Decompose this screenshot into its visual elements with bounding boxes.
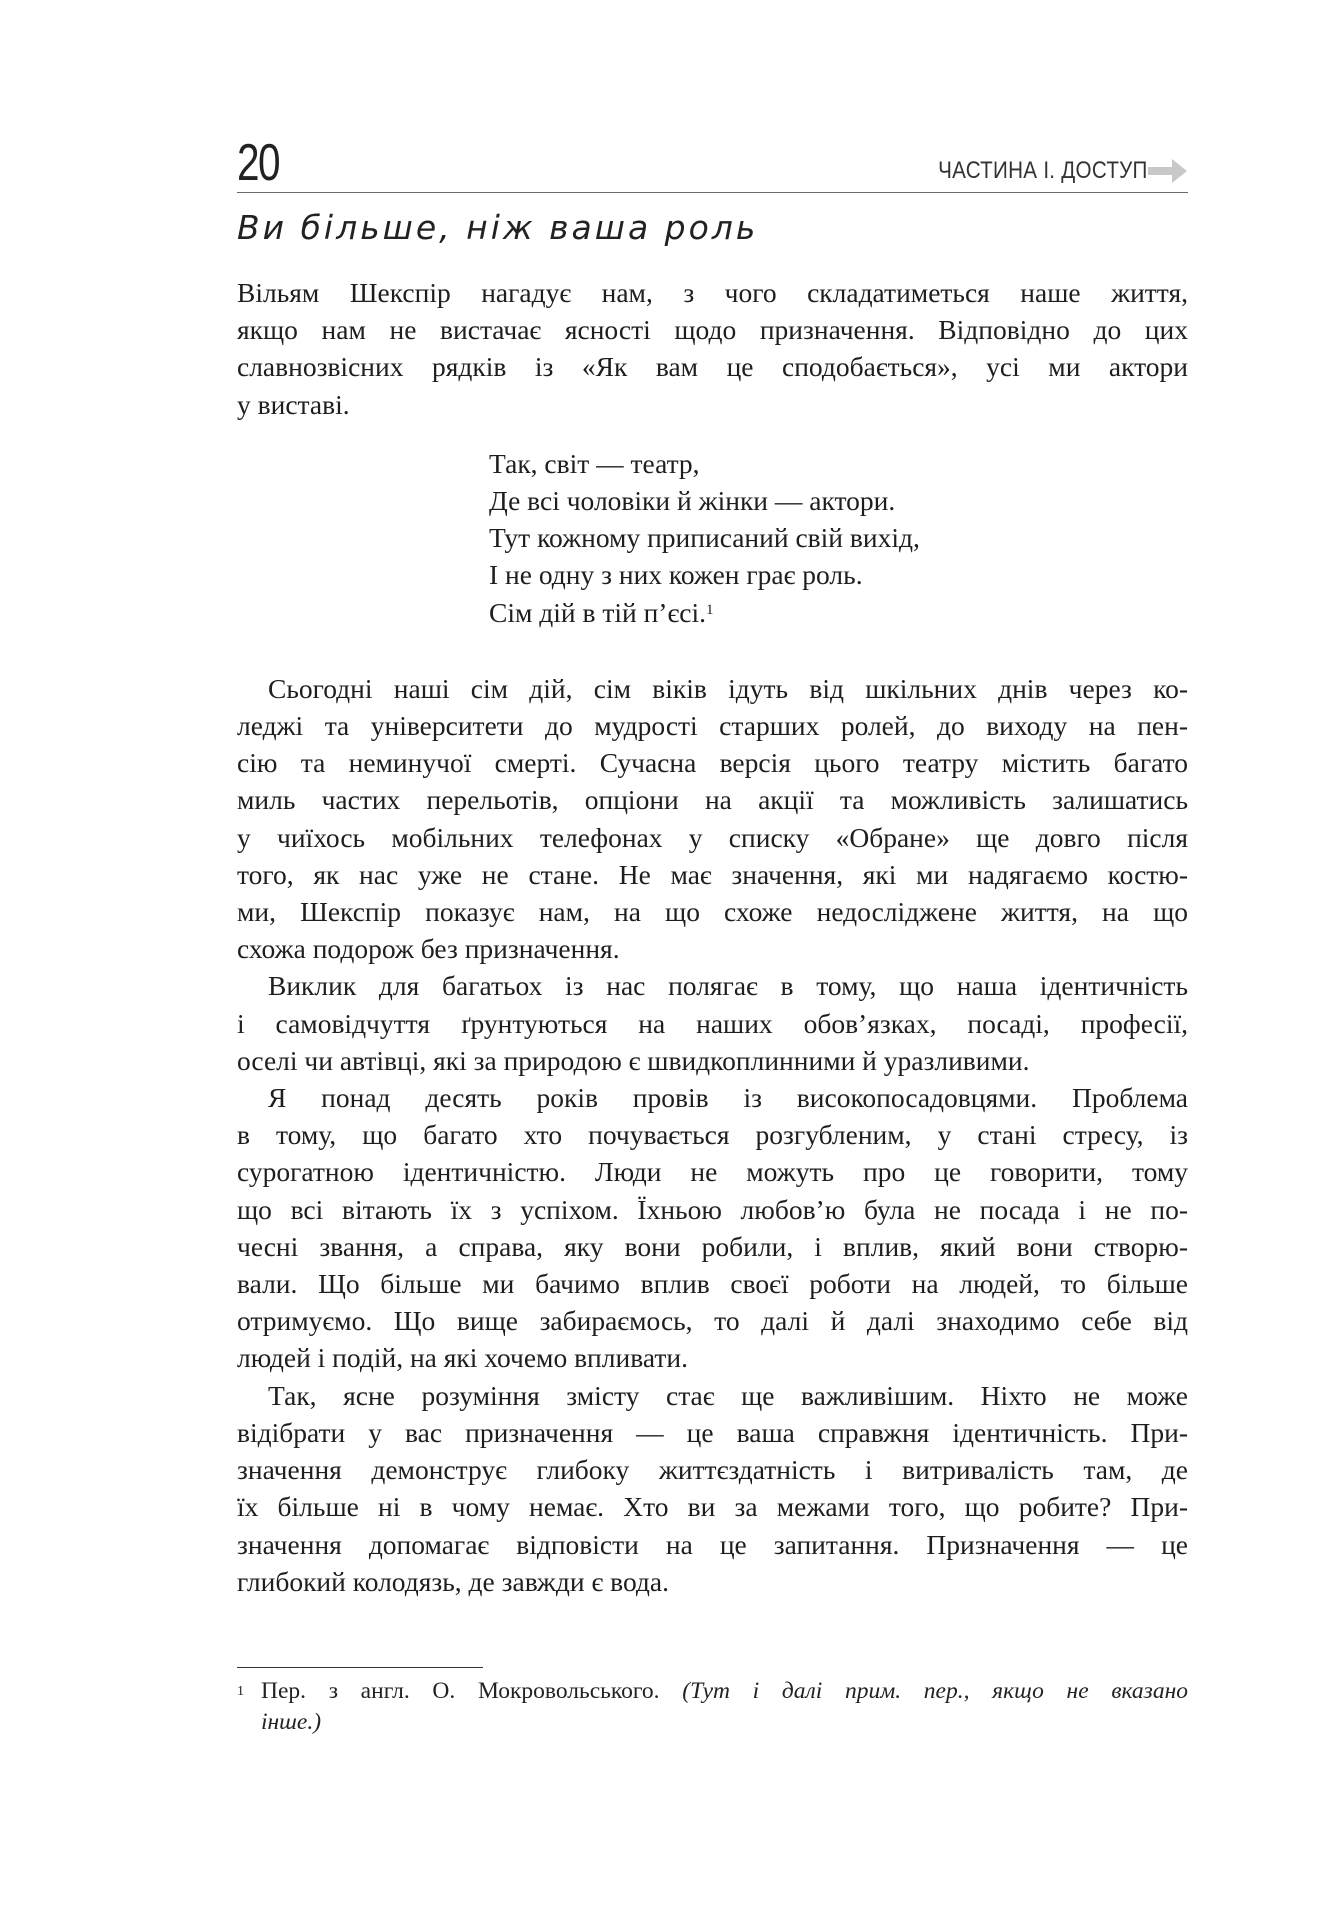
- footnote-regular: Пер. з англ. О. Мокровольського.: [261, 1678, 682, 1704]
- text-line: миль частих перельотів, опціони на акції…: [237, 781, 1188, 818]
- page-number: 20: [237, 136, 279, 190]
- intro-paragraph: Вільям Шекспір нагадує нам, з чого склад…: [237, 274, 1188, 423]
- paragraph: Сьогодні наші сім дій, сім віків ідуть в…: [237, 670, 1188, 968]
- text-line: і самовідчуття ґрунтуються на наших обов…: [237, 1005, 1188, 1042]
- footnote-line: Пер. з англ. О. Мокровольського. (Тут і …: [261, 1676, 1188, 1707]
- text-line: їх більше ні в чому немає. Хто ви за меж…: [237, 1488, 1188, 1525]
- text-line: Сьогодні наші сім дій, сім віків ідуть в…: [237, 670, 1188, 707]
- text-line: людей і подій, на які хочемо впливати.: [237, 1339, 1188, 1376]
- footnote: 1 Пер. з англ. О. Мокровольського. (Тут …: [237, 1676, 1188, 1738]
- footnote-reference[interactable]: 1: [706, 602, 714, 618]
- verse-line: Тут кожному приписаний свій вихід,: [489, 519, 1188, 556]
- text-line: відібрати у вас призначення — це ваша сп…: [237, 1414, 1188, 1451]
- verse-line-text: Сім дій в тій п’єсі.: [489, 597, 706, 628]
- text-line: ми, Шекспір показує нам, на що схоже нед…: [237, 893, 1188, 930]
- footnote-divider: [237, 1667, 483, 1668]
- text-line: значення демонструє глибоку життєздатніс…: [237, 1451, 1188, 1488]
- text-line: що всі вітають їх з успіхом. Їхньою любо…: [237, 1191, 1188, 1228]
- body-text: Вільям Шекспір нагадує нам, з чого склад…: [237, 274, 1188, 1600]
- footnote-number: 1: [237, 1676, 244, 1707]
- text-line: глибокий колодязь, де завжди є вода.: [237, 1563, 1188, 1600]
- text-line: Я понад десять років провів із високопос…: [237, 1079, 1188, 1116]
- verse-line: Сім дій в тій п’єсі.1: [489, 594, 1188, 631]
- text-line: Так, ясне розуміння змісту стає ще важли…: [237, 1377, 1188, 1414]
- running-head: 20 ЧАСТИНА І. ДОСТУП: [237, 136, 1188, 193]
- text-line: у чиїхось мобільних телефонах у списку «…: [237, 819, 1188, 856]
- text-line: якщо нам не вистачає ясності щодо призна…: [237, 311, 1188, 348]
- footnote-line: інше.): [261, 1707, 1188, 1738]
- text-line: леджі та університети до мудрості старши…: [237, 707, 1188, 744]
- paragraph: Я понад десять років провів із високопос…: [237, 1079, 1188, 1377]
- text-line: оселі чи автівці, які за природою є швид…: [237, 1042, 1188, 1079]
- text-line: славнозвісних рядків із «Як вам це сподо…: [237, 348, 1188, 385]
- paragraph: Так, ясне розуміння змісту стає ще важли…: [237, 1377, 1188, 1600]
- text-line: отримуємо. Що вище забираємось, то далі …: [237, 1302, 1188, 1339]
- text-line: схожа подорож без призначення.: [237, 930, 1188, 967]
- text-line: чесні звання, а справа, яку вони робили,…: [237, 1228, 1188, 1265]
- footnote-italic: (Тут і далі прим. пер., якщо не вказано: [682, 1678, 1188, 1704]
- text-line: в тому, що багато хто почувається розгуб…: [237, 1116, 1188, 1153]
- text-line: у виставі.: [237, 386, 1188, 423]
- arrow-right-icon: [1148, 158, 1188, 184]
- section-label: ЧАСТИНА І. ДОСТУП: [938, 158, 1148, 184]
- section-heading: Ви більше, ніж ваша роль: [237, 206, 758, 250]
- text-line: сурогатною ідентичністю. Люди не можуть …: [237, 1153, 1188, 1190]
- verse-line: І не одну з них кожен грає роль.: [489, 556, 1188, 593]
- verse-line: Де всі чоловіки й жінки — актори.: [489, 482, 1188, 519]
- verse-quote: Так, світ — театр, Де всі чоловіки й жін…: [489, 445, 1188, 631]
- text-line: значення допомагає відповісти на це запи…: [237, 1526, 1188, 1563]
- text-line: сію та неминучої смерті. Сучасна версія …: [237, 744, 1188, 781]
- text-line: Вільям Шекспір нагадує нам, з чого склад…: [237, 274, 1188, 311]
- text-line: вали. Що більше ми бачимо вплив своєї ро…: [237, 1265, 1188, 1302]
- paragraph: Виклик для багатьох із нас полягає в том…: [237, 967, 1188, 1079]
- footnote-text: Пер. з англ. О. Мокровольського. (Тут і …: [261, 1676, 1188, 1738]
- text-line: того, як нас уже не стане. Не має значен…: [237, 856, 1188, 893]
- verse-line: Так, світ — театр,: [489, 445, 1188, 482]
- text-line: Виклик для багатьох із нас полягає в том…: [237, 967, 1188, 1004]
